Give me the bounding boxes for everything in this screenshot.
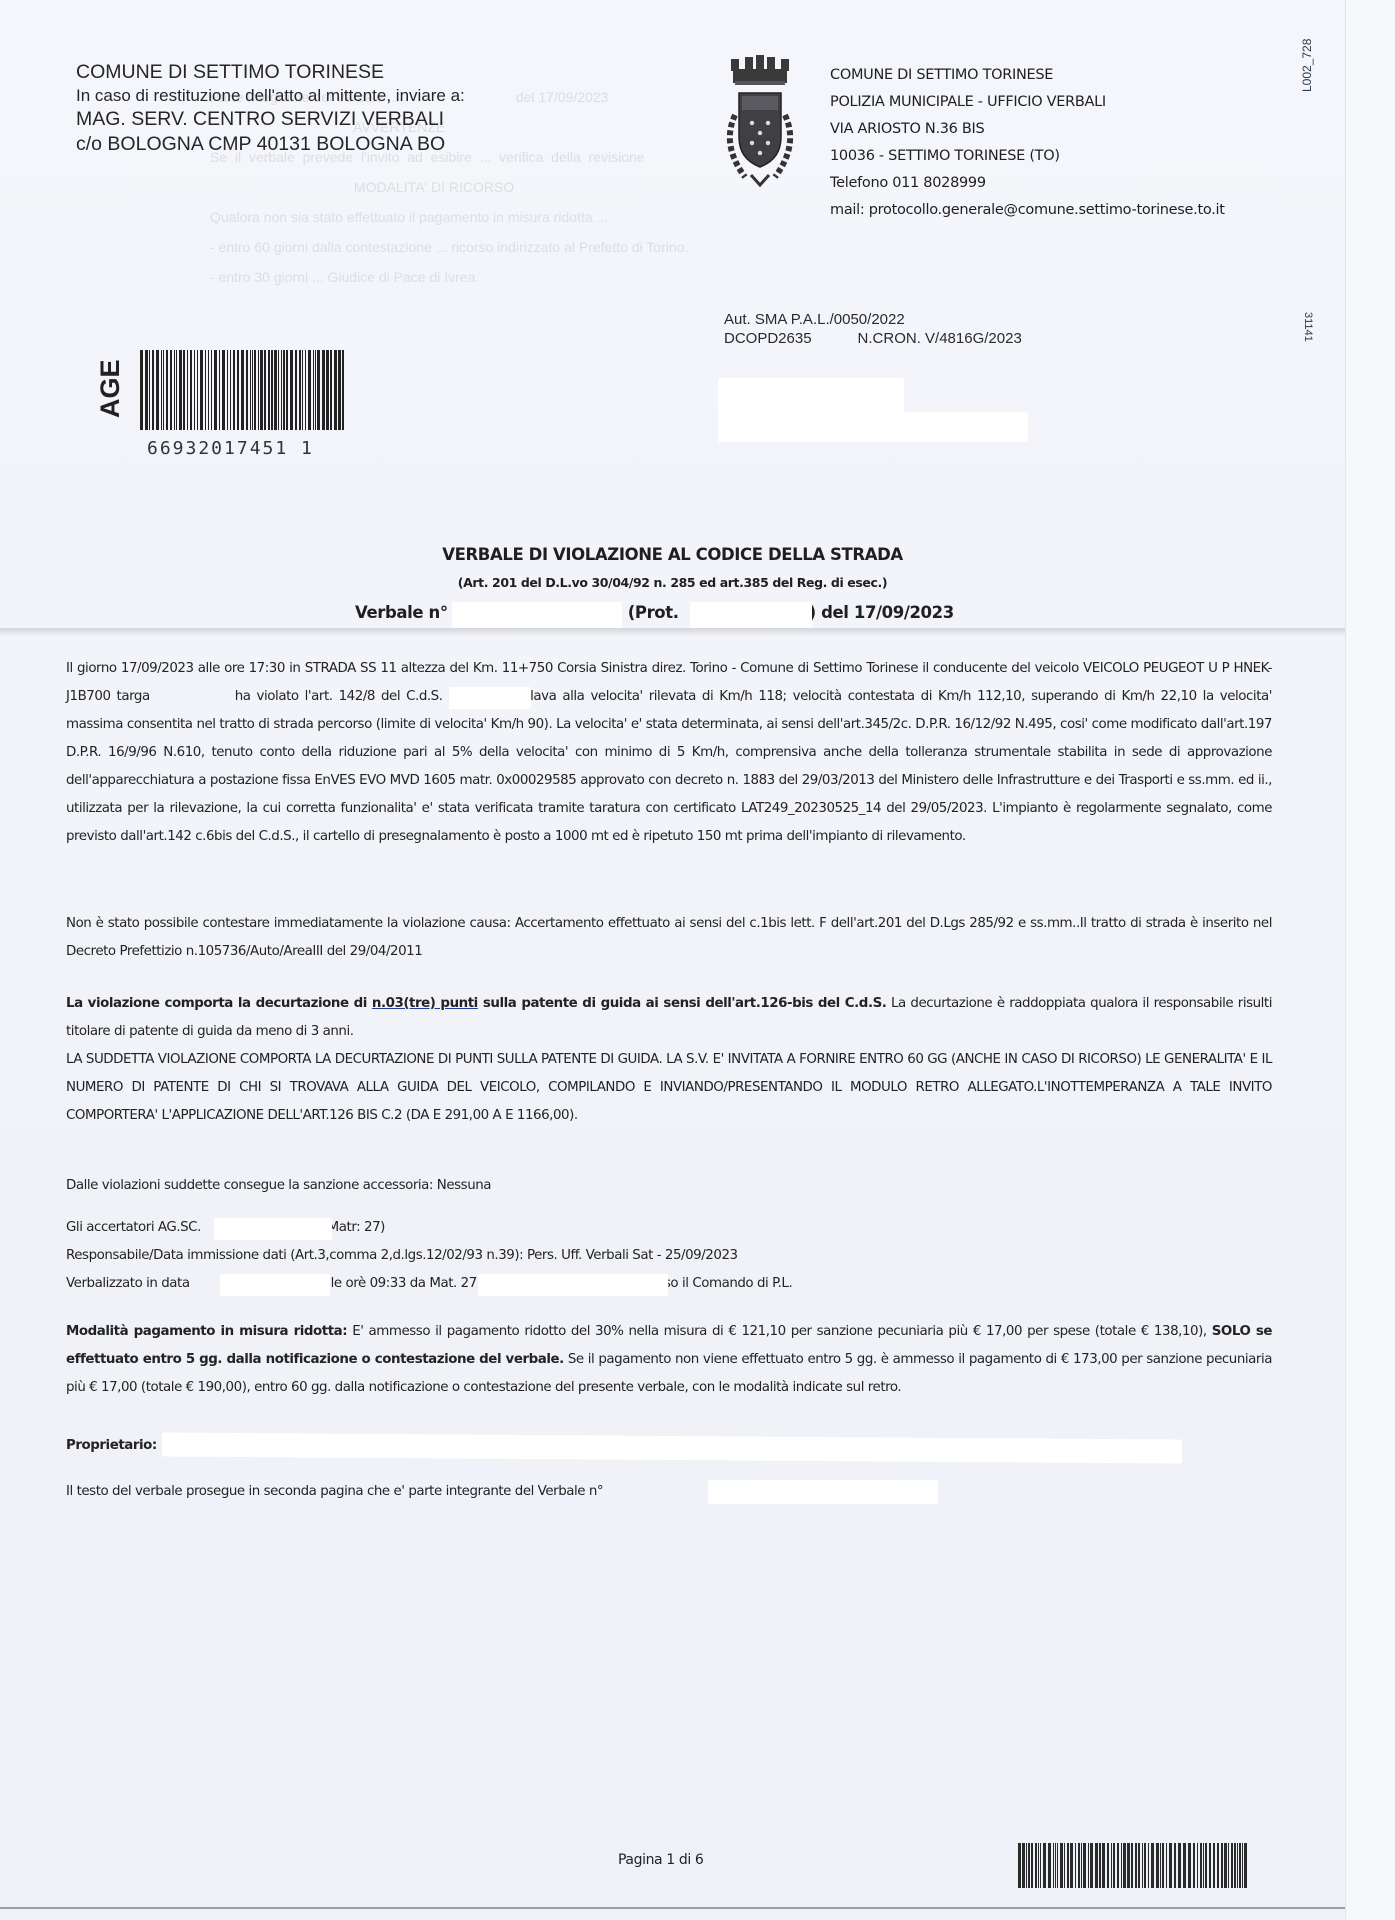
owner-label: Proprietario: <box>66 1438 157 1453</box>
barcode-label: AGE <box>95 359 126 418</box>
office-phone: Telefono 011 8028999 <box>830 170 1225 197</box>
verbale-date: ) del 17/09/2023 <box>809 603 954 622</box>
data-entry-responsible: Responsabile/Data immissione dati (Art.3… <box>66 1242 1272 1270</box>
sender-line-1: COMUNE DI SETTIMO TORINESE <box>76 60 465 85</box>
office-email[interactable]: mail: protocollo.generale@comune.settimo… <box>830 197 1225 224</box>
sender-line-4: c/o BOLOGNA CMP 40131 BOLOGNA BO <box>76 132 465 157</box>
sender-line-3: MAG. SERV. CENTRO SERVIZI VERBALI <box>76 107 465 132</box>
barcode-icon <box>140 350 345 430</box>
authorization-block: Aut. SMA P.A.L./0050/2022 DCOPD2635N.CRO… <box>724 310 1022 348</box>
continuation-note: Il testo del verbale prosegue in seconda… <box>66 1478 1272 1506</box>
chronological-number: N.CRON. V/4816G/2023 <box>858 330 1022 347</box>
redacted-verbale-number <box>452 602 622 628</box>
reduced-payment-text: E' ammesso il pagamento ridotto del 30% … <box>347 1324 1212 1339</box>
accessory-sanction: Dalle violazioni suddette consegue la sa… <box>66 1172 1272 1200</box>
violation-text-part-2: ha violato l'art. 142/8 del C.d.S. poich… <box>66 689 1272 844</box>
verbale-label: Verbale n° <box>355 603 448 622</box>
side-reference-number: 31141 <box>1302 312 1314 342</box>
redacted-plate-number <box>449 687 531 709</box>
driver-identification-notice: LA SUDDETTA VIOLAZIONE COMPORTA LA DECUR… <box>66 1046 1272 1130</box>
office-address: VIA ARIOSTO N.36 BIS <box>830 116 1225 143</box>
document-code: L002_728 <box>1300 39 1314 92</box>
scan-fold-shadow <box>0 628 1345 636</box>
redacted-recipient-address <box>718 378 904 412</box>
document-title: VERBALE DI VIOLAZIONE AL CODICE DELLA ST… <box>0 540 1345 596</box>
redacted-recorded-date <box>220 1274 330 1296</box>
page-number: Pagina 1 di 6 <box>618 1852 703 1868</box>
recorded-time: alle orè 09:33 da Mat. 27 <box>320 1276 477 1291</box>
non-contestation-reason: Non è stato possibile contestare immedia… <box>66 910 1272 966</box>
points-legal-ref: sulla patente di guida ai sensi dell'art… <box>478 996 887 1011</box>
coat-of-arms-icon <box>715 55 805 190</box>
office-department: POLIZIA MUNICIPALE - UFFICIO VERBALI <box>830 89 1225 116</box>
page-bottom-edge <box>0 1907 1345 1909</box>
barcode-number: 66932017451 1 <box>147 438 314 459</box>
redacted-officer-name <box>214 1218 332 1240</box>
prot-label: (Prot. <box>628 603 679 622</box>
payment-label: Modalità pagamento in misura ridotta: <box>66 1324 347 1339</box>
title-main: VERBALE DI VIOLAZIONE AL CODICE DELLA ST… <box>0 540 1345 570</box>
dcopd-code: DCOPD2635 <box>724 330 812 347</box>
issuing-office: COMUNE DI SETTIMO TORINESE POLIZIA MUNIC… <box>830 62 1225 224</box>
title-legal-reference: (Art. 201 del D.L.vo 30/04/92 n. 285 ed … <box>0 570 1345 596</box>
points-bold-text: La violazione comporta la decurtazione d… <box>66 996 372 1011</box>
office-name: COMUNE DI SETTIMO TORINESE <box>830 62 1225 89</box>
redacted-prot-number <box>690 602 812 628</box>
accessory-sanction-text: Dalle violazioni suddette consegue la sa… <box>66 1172 1272 1200</box>
non-contestation-text: Non è stato possibile contestare immedia… <box>66 910 1272 966</box>
redacted-recipient-address <box>718 412 1028 442</box>
redacted-officer-name-2 <box>478 1274 668 1296</box>
authorization-number: Aut. SMA P.A.L./0050/2022 <box>724 310 1022 329</box>
footer-barcode-icon <box>1018 1843 1268 1888</box>
officer-matricola: (Matr: 27) <box>323 1220 385 1235</box>
officers-label: Gli accertatori AG.SC. <box>66 1220 201 1235</box>
payment-terms: Modalità pagamento in misura ridotta: E'… <box>66 1318 1272 1402</box>
redacted-verbale-number-2 <box>708 1480 938 1504</box>
recorded-date-label: Verbalizzato in data <box>66 1276 190 1291</box>
violation-description: Il giorno 17/09/2023 alle ore 17:30 in S… <box>66 655 1272 851</box>
points-count: n.03(tre) punti <box>372 996 478 1011</box>
sender-return-address: COMUNE DI SETTIMO TORINESE In caso di re… <box>76 60 465 157</box>
sender-line-2: In caso di restituzione dell'atto al mit… <box>76 85 465 107</box>
next-page-edge <box>1345 0 1395 1920</box>
verbale-number-line: Verbale n°(Prot.) del 17/09/2023 <box>355 603 954 622</box>
continuation-text: Il testo del verbale prosegue in seconda… <box>66 1478 1272 1506</box>
points-deduction: La violazione comporta la decurtazione d… <box>66 990 1272 1130</box>
office-city: 10036 - SETTIMO TORINESE (TO) <box>830 143 1225 170</box>
